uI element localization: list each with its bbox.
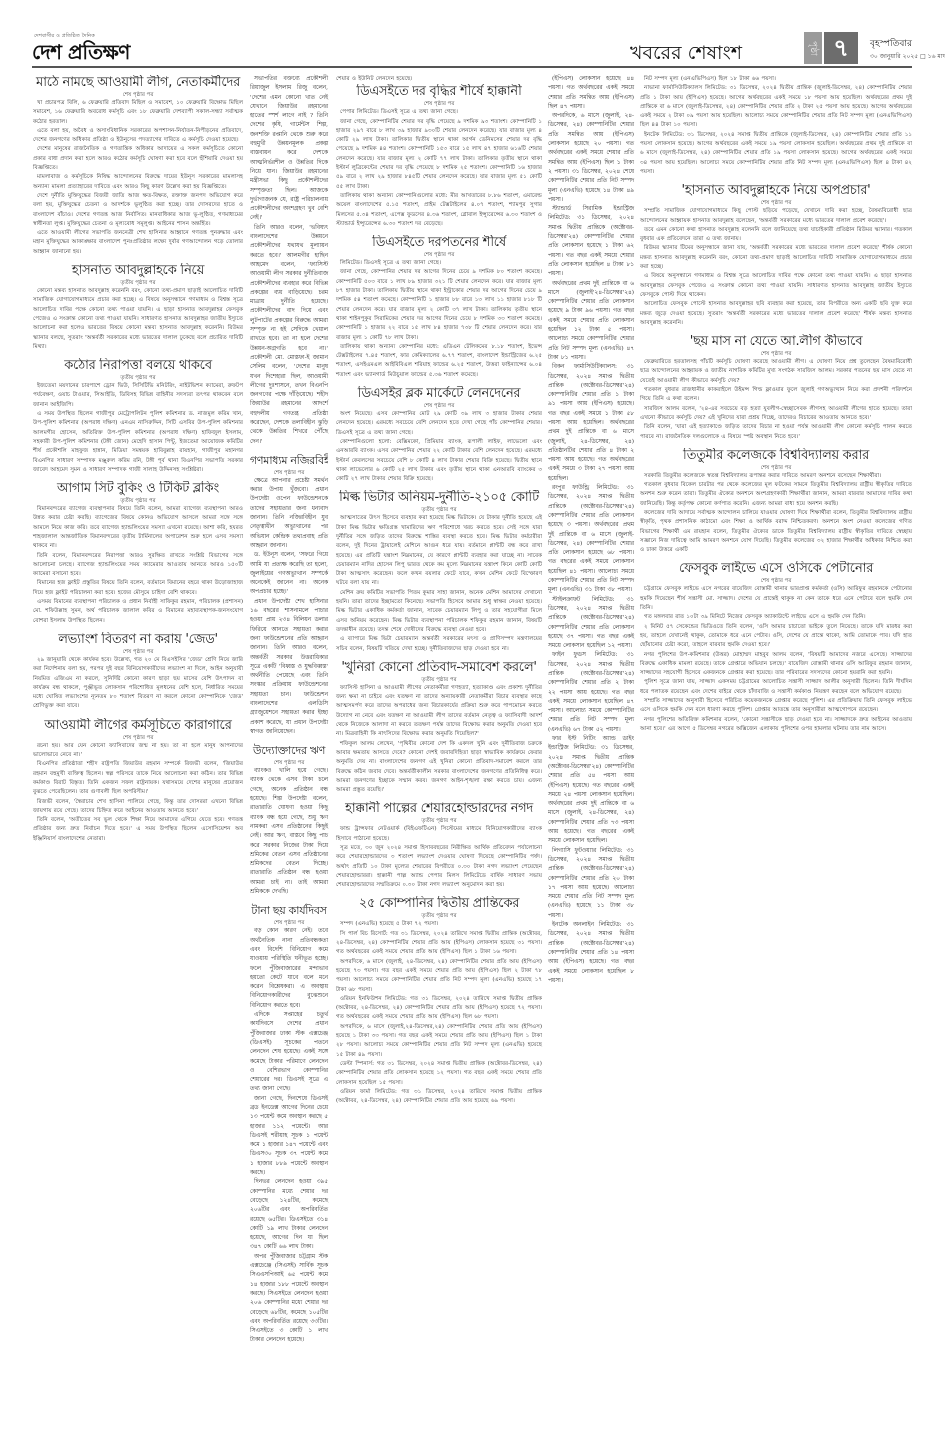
article-body: ক্ষেত্রে আপনার প্রচেষ্টা সমর্থন করার উপা…	[250, 477, 328, 737]
issue-date: ৩০ জানুয়ারি ২০২৫ □ ১৬ মাঘ ১৪৩১	[870, 51, 945, 62]
jump-line: শেষ পৃষ্ঠার পর	[33, 91, 243, 99]
jump-line: শেষ পৃষ্ঠার পর	[336, 100, 542, 108]
article-six-days: টানা ছয় কার্যদিবস শেষ পৃষ্ঠার পর বড় কো…	[250, 903, 328, 1345]
headline: আগাম সিট বুকিং ও টিকিট ব্লকিং	[33, 481, 243, 497]
article-body: অংশ নিয়েছে। এসব কোম্পানির মোট ২৯ কোটি ৩…	[336, 410, 542, 484]
jump-line: শেষ পৃষ্ঠার পর	[336, 251, 542, 259]
article-body: কোনো মন্তব্য হাসনাত আবদুল্লাহ করেননি বরং…	[33, 287, 243, 352]
headline: টানা ছয় কার্যদিবস	[250, 903, 328, 919]
jump-line: শেষ পৃষ্ঠার পর	[33, 734, 243, 742]
headline: গণমাধ্যম নজিরবিহীন	[250, 453, 328, 469]
page-number: ৭	[824, 32, 858, 64]
headline: কঠোর নিরাপত্তা বলয়ে থাকবে	[33, 358, 243, 374]
jump-line: শেষ পৃষ্ঠার পর	[640, 350, 912, 358]
jump-line: তৃতীয় পৃষ্ঠার পর	[336, 817, 542, 825]
article-body: ব্যাংকও খালি হয়ে গেছে। ব্যাংক থেকে এসব …	[250, 767, 328, 897]
article-body: সভাপতির বক্তব্যে প্রকৌশলী রিয়াজুল ইসলাম…	[250, 75, 328, 447]
article-body: রচনা হয়। আর যেন কোনো ফ্যাসিবাদের জন্ম ন…	[33, 742, 243, 844]
article-body: ফেব্রুয়ারিতে হরতালসহ পাঁচটি কর্মসূচি ঘো…	[640, 358, 912, 442]
jump-line: শেষ পৃষ্ঠার পর	[250, 469, 328, 477]
jump-line: শেষ পৃষ্ঠার পর	[336, 402, 542, 410]
headline: 'খুনিরা কোনো প্রতিবাদ-সমাবেশ করলে'	[336, 660, 542, 676]
jump-line: শেষ পৃষ্ঠার পর	[250, 759, 328, 767]
jump-line: তৃতীয় পৃষ্ঠার পর	[336, 676, 542, 684]
column-3: শেয়ার ও ইউনিট লেনদেন হয়েছে। ডিএসইতে দর…	[336, 75, 542, 1112]
article-dse-gainers: শেয়ার ও ইউনিট লেনদেন হয়েছে। ডিএসইতে দর…	[336, 75, 542, 229]
article-body: লিমিটেড। ডিএসই সূত্রে এ তথ্য জানা গেছে।জ…	[336, 259, 542, 380]
article-body: সরকারি তিতুমীর কলেজকে স্বতন্ত্র বিশ্ববিদ…	[640, 472, 912, 556]
article-body: সম্পদ (এনএভি) হয়েছে ৫ টাকা ৭২ পয়সা।সি …	[336, 920, 542, 1106]
masthead: দেশবাসীর ও প্রতিষ্ঠিত দৈনিক দেশ প্রতিক্ষ…	[32, 30, 912, 66]
article-seat-booking: আগাম সিট বুকিং ও টিকিট ব্লকিং তৃতীয় পৃষ…	[33, 481, 243, 626]
headline: হাক্কানী পাল্পের শেয়ারহোল্ডারদের নগদ	[336, 801, 542, 817]
headline: ফেসবুক লাইভে এসে ওসিকে পেটানোর	[640, 561, 912, 577]
jump-line: শেষ পৃষ্ঠার পর	[640, 577, 912, 585]
jump-line: শেষ পৃষ্ঠার পর	[33, 648, 243, 656]
article-body: বিমানবন্দরের ব্যাগেজ ব্যবস্থাপনার বিষয়ে…	[33, 505, 243, 626]
headline: মিল্ক ভিটার অনিয়ম-দুর্নীতি-২১০৫ কোটি	[336, 490, 542, 506]
article-hasnat-propaganda: 'হাসনাত আবদুল্লাহকে নিয়ে অপপ্রচার' শেষ …	[640, 183, 912, 328]
headline: আওয়ামী লীগের কর্মসূচিতে কারাগারে	[33, 718, 243, 734]
article-awami-prison: আওয়ামী লীগের কর্মসূচিতে কারাগারে শেষ পৃ…	[33, 718, 243, 844]
headline: ডিএসইর ব্লক মার্কেটে লেনদেনের	[336, 386, 542, 402]
masthead-divider	[32, 66, 912, 68]
article-hakkani-dividend: হাক্কানী পাল্পের শেয়ারহোল্ডারদের নগদ তৃ…	[336, 801, 542, 890]
headline: 'হাসনাত আবদুল্লাহকে নিয়ে অপপ্রচার'	[640, 183, 912, 199]
article-engineers-continued: সভাপতির বক্তব্যে প্রকৌশলী রিয়াজুল ইসলাম…	[250, 75, 328, 447]
article-body: সম্প্রতি সামাজিক যোগাযোগমাধ্যমে কিছু পোস…	[640, 207, 912, 328]
column-2: সভাপতির বক্তব্যে প্রকৌশলী রিয়াজুল ইসলাম…	[250, 75, 328, 1352]
article-body: ফ্যাসিস্ট হাসিনা ও আওয়ামী লীগের নেতাকর্…	[336, 684, 542, 796]
headline: 'ছয় মাস না যেতে আ.লীগ কীভাবে	[640, 334, 912, 350]
headline: হাসনাত আবদুল্লাহকে নিয়ে	[33, 263, 243, 279]
article-quarterly-results-tail: নিট সম্পদ মূল্য (এনএভিপিএস) ছিল ১৮ টাকা …	[640, 75, 912, 177]
headline: ডিএসইতে দরপতনের শীর্ষে	[336, 235, 542, 251]
article-facebook-live: ফেসবুক লাইভে এসে ওসিকে পেটানোর শেষ পৃষ্ঠ…	[640, 561, 912, 734]
article-body: খা প্রচারপত্র বিলি, ৬ ফেব্রুয়ারি প্রতিব…	[33, 99, 243, 257]
headline: মাঠে নামছে আওয়ামী লীগ, নেতাকর্মীদের	[33, 75, 243, 91]
article-media-unprecedented: গণমাধ্যম নজিরবিহীন শেষ পৃষ্ঠার পর ক্ষেত্…	[250, 453, 328, 737]
page-label: পৃষ্ঠা	[804, 32, 822, 64]
article-quarterly-results-continued: (ইপিএস) লোকসান হয়েছে ৪৪ পয়সা। গত অর্থব…	[548, 75, 634, 986]
article-body: ফান্ড ট্রান্সফার নেটওয়ার্ক (বিইএফটিএন) …	[336, 825, 542, 890]
article-z-category: লভ্যাংশ বিতরণ না করায় 'জেড' শেষ পৃষ্ঠার…	[33, 632, 243, 712]
jump-line: তৃতীয় পৃষ্ঠার পর	[33, 279, 243, 287]
article-titumir: তিতুমীর কলেজকে বিশ্ববিদ্যালয় করার শেষ প…	[640, 448, 912, 556]
article-body: আত্মসাতের উৎস হিসেবে ব্যবহার করা হয়েছে …	[336, 514, 542, 653]
article-body: পেপার লিমিটেড। ডিএসই সূত্রে এ তথ্য জানা …	[336, 108, 542, 229]
headline: উদ্যোক্তাদের ঋণ	[250, 743, 328, 759]
jump-line: তৃতীয় পৃষ্ঠার পর	[33, 497, 243, 505]
lead-line: শেয়ার ও ইউনিট লেনদেন হয়েছে।	[336, 75, 542, 84]
article-block-market: ডিএসইর ব্লক মার্কেটে লেনদেনের শেষ পৃষ্ঠা…	[336, 386, 542, 484]
article-25-companies: ২৫ কোম্পানির দ্বিতীয় প্রান্তিকের তৃতীয়…	[336, 896, 542, 1106]
issue-day: বৃহস্পতিবার	[870, 36, 912, 51]
article-hasnat: হাসনাত আবদুল্লাহকে নিয়ে তৃতীয় পৃষ্ঠার …	[33, 263, 243, 352]
article-body: (ইপিএস) লোকসান হয়েছে ৪৪ পয়সা। গত অর্থব…	[548, 75, 634, 986]
headline: ২৫ কোম্পানির দ্বিতীয় প্রান্তিকের	[336, 896, 542, 912]
headline: তিতুমীর কলেজকে বিশ্ববিদ্যালয় করার	[640, 448, 912, 464]
article-body: বড় কোন কারণ নেই। তবে অর্থনৈতিক নানা প্র…	[250, 927, 328, 1345]
article-body: ইজতেমা ময়দানের চারপাশে ড্রোন ভিউ, সিসিট…	[33, 382, 243, 475]
jump-line: শেষ পৃষ্ঠার পর	[640, 199, 912, 207]
jump-line: শেষ পৃষ্ঠার পর	[250, 919, 328, 927]
jump-line: শেষ পৃষ্ঠার পর	[640, 464, 912, 472]
article-body: চট্টগ্রামে ফেসবুক লাইভে এসে নগরের বায়েজ…	[640, 585, 912, 734]
article-dse-losers: ডিএসইতে দরপতনের শীর্ষে শেষ পৃষ্ঠার পর লি…	[336, 235, 542, 380]
article-entrepreneurs-loan: উদ্যোক্তাদের ঋণ শেষ পৃষ্ঠার পর ব্যাংকও খ…	[250, 743, 328, 897]
article-milk-vita: মিল্ক ভিটার অনিয়ম-দুর্নীতি-২১০৫ কোটি তৃ…	[336, 490, 542, 653]
headline: ডিএসইতে দর বৃদ্ধির শীর্ষে হাক্কানী	[336, 84, 542, 100]
column-4: (ইপিএস) লোকসান হয়েছে ৪৪ পয়সা। গত অর্থব…	[548, 75, 634, 992]
article-awami-league-field: মাঠে নামছে আওয়ামী লীগ, নেতাকর্মীদের শেষ…	[33, 75, 243, 257]
article-killers-protest: 'খুনিরা কোনো প্রতিবাদ-সমাবেশ করলে' তৃতীয…	[336, 660, 542, 796]
column-5: নিট সম্পদ মূল্য (এনএভিপিএস) ছিল ১৮ টাকা …	[640, 75, 912, 740]
article-six-months: 'ছয় মাস না যেতে আ.লীগ কীভাবে শেষ পৃষ্ঠা…	[640, 334, 912, 442]
article-body: ২৯ জানুয়ারি থেকে কার্যকর হবে। উল্লেখ্য,…	[33, 656, 243, 712]
headline: লভ্যাংশ বিতরণ না করায় 'জেড'	[33, 632, 243, 648]
article-security: কঠোর নিরাপত্তা বলয়ে থাকবে তৃতীয় পৃষ্ঠা…	[33, 358, 243, 475]
jump-line: তৃতীয় পৃষ্ঠার পর	[336, 506, 542, 514]
jump-line: তৃতীয় পৃষ্ঠার পর	[336, 912, 542, 920]
column-1: মাঠে নামছে আওয়ামী লীগ, নেতাকর্মীদের শেষ…	[33, 75, 243, 850]
article-body: নিট সম্পদ মূল্য (এনএভিপিএস) ছিল ১৮ টাকা …	[640, 75, 912, 177]
jump-line: তৃতীয় পৃষ্ঠার পর	[33, 374, 243, 382]
